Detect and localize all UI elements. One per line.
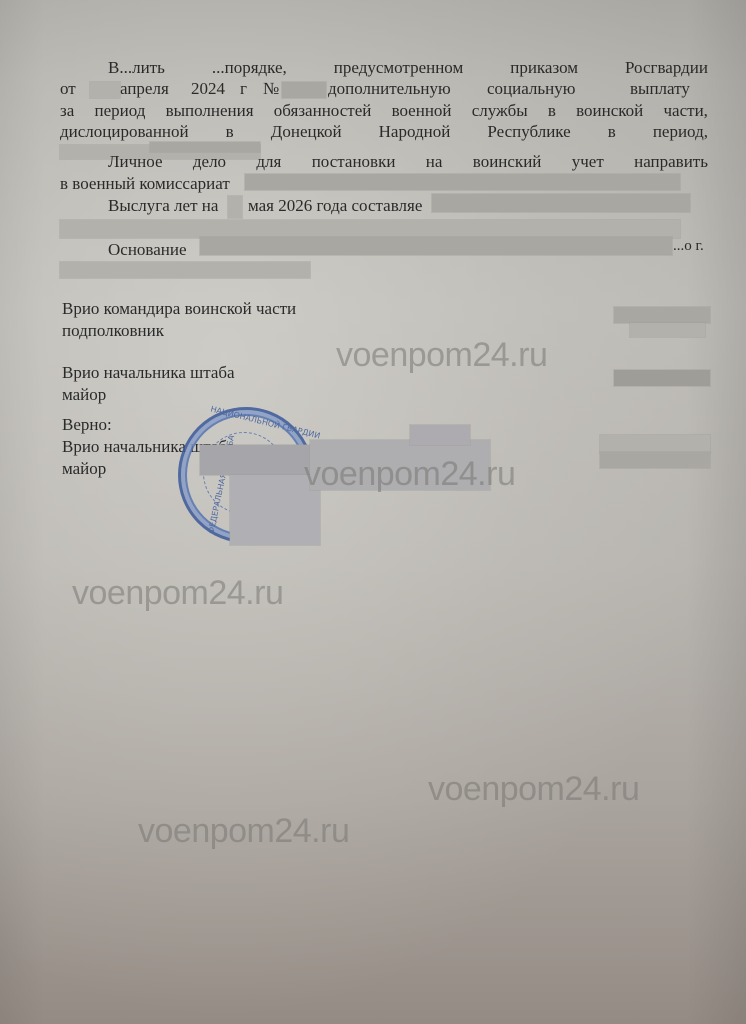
paragraph-2-line-2: в военный комиссариат [60, 174, 230, 194]
signature-chief-of-staff: Врио начальника штаба майор [62, 362, 235, 406]
redacted-block [630, 323, 705, 337]
redacted-block [228, 196, 242, 218]
watermark: voenpom24.ru [138, 812, 349, 851]
paragraph-3-tail: ...о г. [673, 236, 704, 256]
redacted-block [60, 262, 310, 278]
redacted-block [282, 82, 326, 98]
watermark: voenpom24.ru [72, 574, 283, 613]
paragraph-3-line-1: Выслуга лет на [108, 196, 218, 216]
redacted-signature [410, 425, 470, 445]
paragraph-1-line-3: за период выполнения обязанностей военно… [60, 101, 708, 121]
redacted-block [150, 142, 260, 152]
redacted-signature-name [614, 307, 710, 323]
redacted-block [60, 220, 680, 238]
redacted-block [600, 435, 710, 453]
document-page: В...лить ...порядке, предусмотренном при… [0, 0, 746, 1024]
watermark: voenpom24.ru [304, 455, 515, 494]
redacted-block [90, 82, 120, 98]
watermark: voenpom24.ru [336, 336, 547, 375]
paragraph-3-date: мая 2026 года составляе [248, 196, 422, 216]
signature-commander: Врио командира воинской части подполковн… [62, 298, 296, 342]
basis-label: Основание [108, 240, 187, 260]
redacted-signature-name [614, 370, 710, 386]
redacted-block [432, 194, 690, 212]
paragraph-1-line-1: В...лить ...порядке, предусмотренном при… [108, 58, 708, 78]
watermark: voenpom24.ru [428, 770, 639, 809]
redacted-signature-name [600, 452, 710, 468]
redacted-block [200, 237, 672, 255]
redacted-signature [200, 445, 310, 475]
redacted-block [245, 174, 680, 190]
paragraph-2-line-1: Личное дело для постановки на воинский у… [108, 152, 708, 172]
paragraph-1-line-4: дислоцированной в Донецкой Народной Респ… [60, 122, 708, 142]
